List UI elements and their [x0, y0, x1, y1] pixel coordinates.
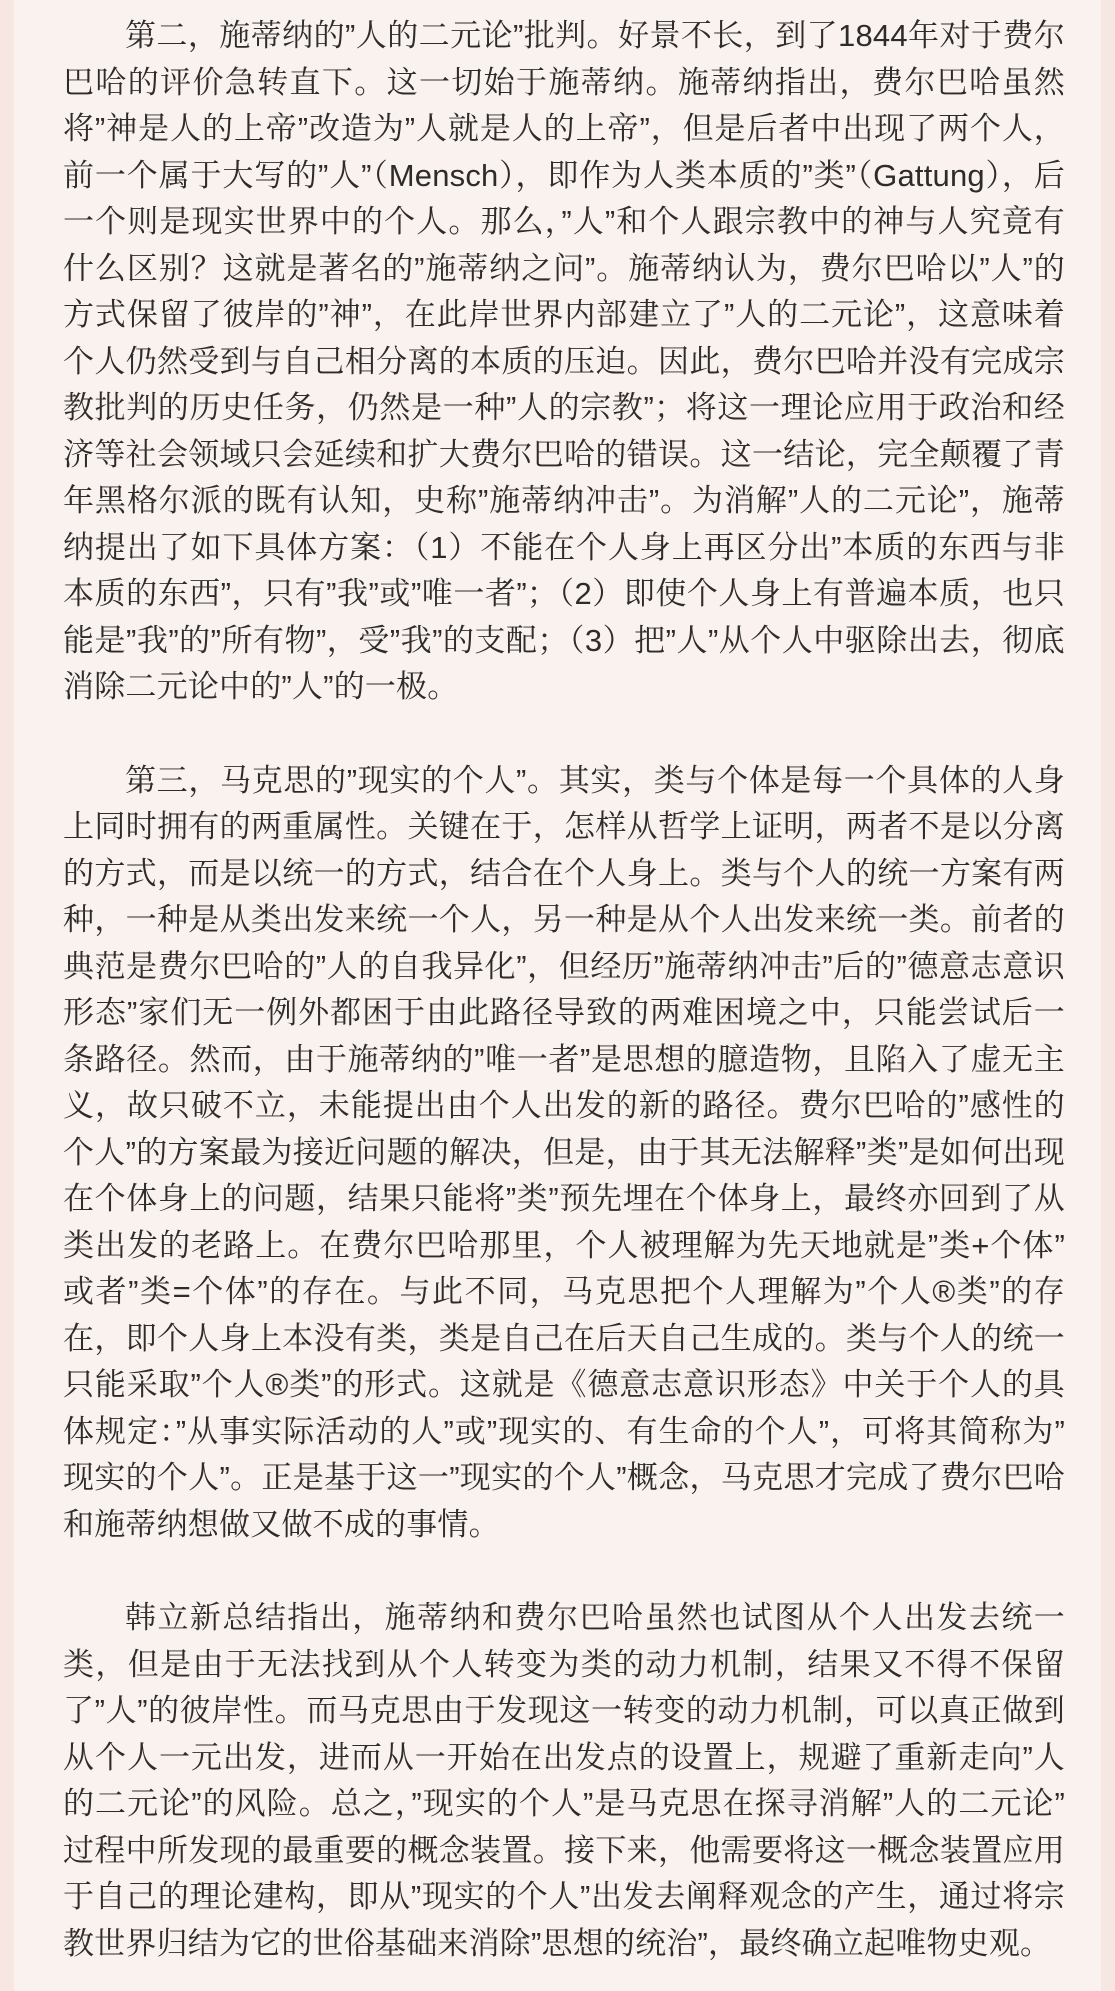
article-body: 第二，施蒂纳的”人的二元论”批判。好景不长，到了1844年对于费尔巴哈的评价急转… [63, 13, 1065, 1967]
paragraph-stirner-dualism-critique: 第二，施蒂纳的”人的二元论”批判。好景不长，到了1844年对于费尔巴哈的评价急转… [63, 13, 1065, 711]
paragraph-hanlixin-summary: 韩立新总结指出，施蒂纳和费尔巴哈虽然也试图从个人出发去统一类，但是由于无法找到从… [63, 1595, 1065, 1967]
document-root: { "article": { "language": "zh-CN", "par… [0, 0, 1115, 1991]
article-page: 第二，施蒂纳的”人的二元论”批判。好景不长，到了1844年对于费尔巴哈的评价急转… [14, 0, 1101, 1991]
paragraph-marx-real-individual: 第三，马克思的”现实的个人”。其实，类与个体是每一个具体的人身上同时拥有的两重属… [63, 758, 1065, 1549]
